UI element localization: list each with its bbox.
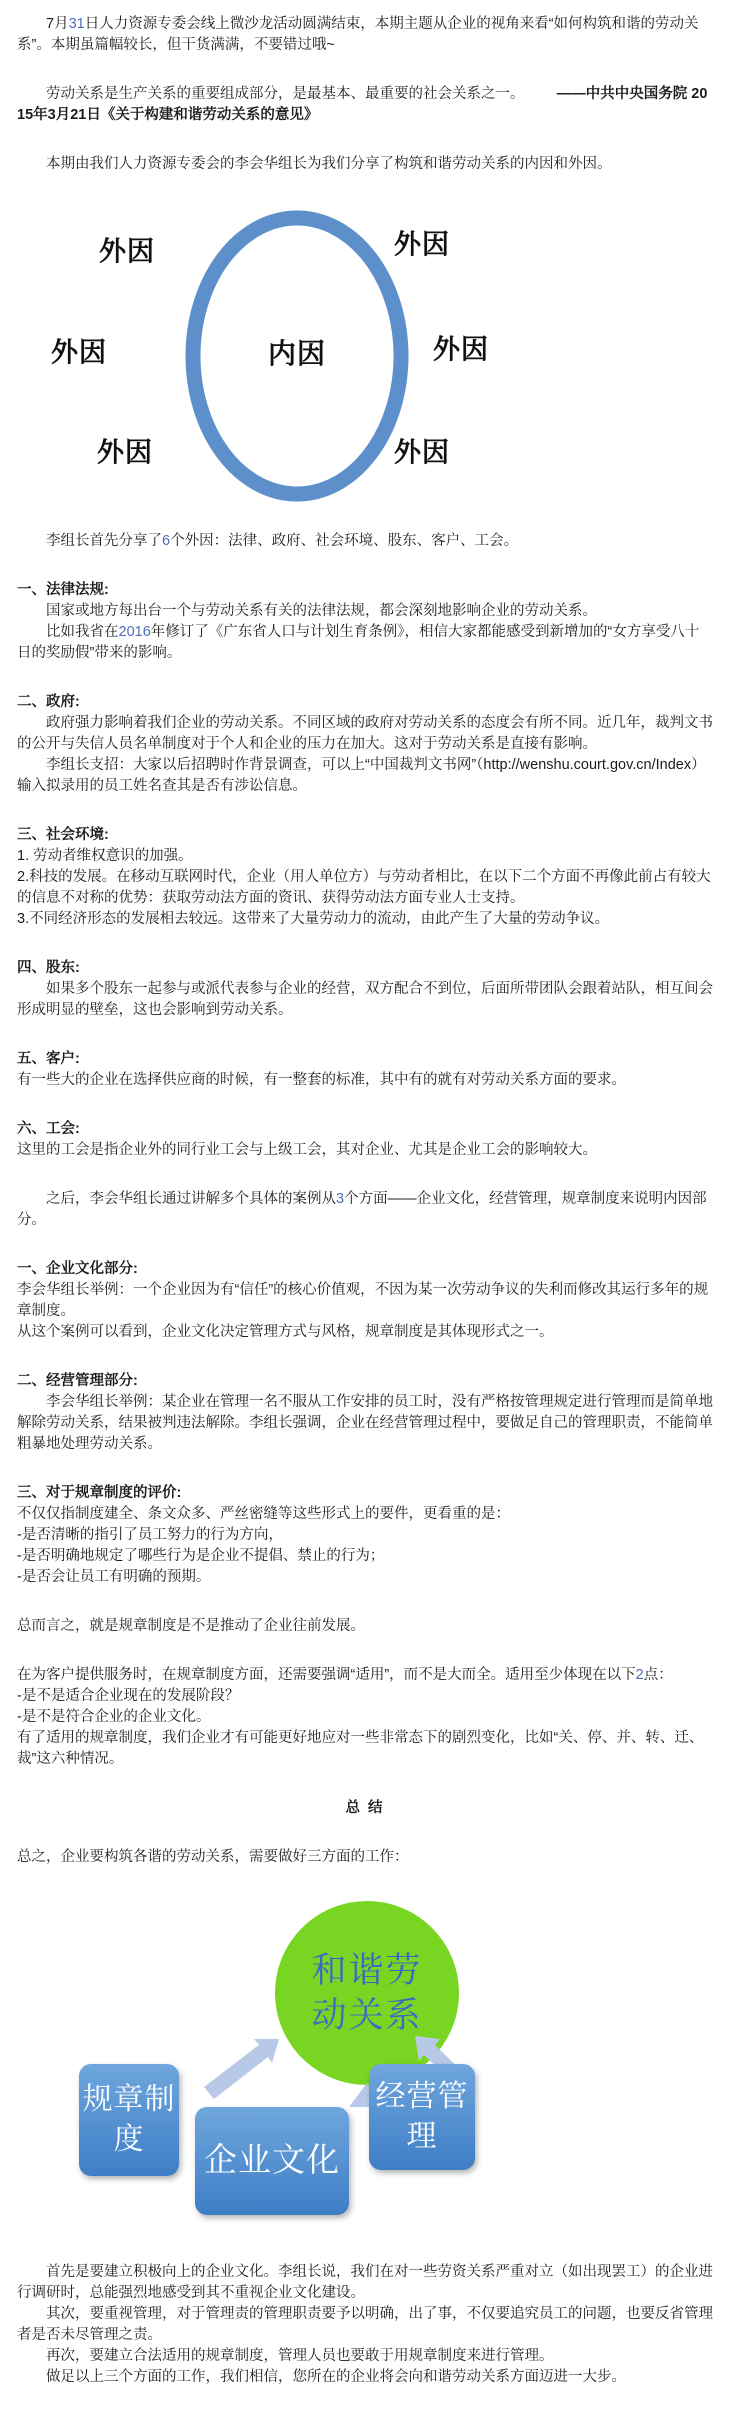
section-heading: 二、经营管理部分: [17,1371,713,1392]
box-label: 度 [114,2120,145,2160]
paragraph: 本期由我们人力资源专委会的李会华组长为我们分享了构筑和谐劳动关系的内因和外因。 [17,154,713,175]
paragraph: 国家或地方每出台一个与劳动关系有关的法律法规，都会深刻地影响企业的劳动关系。 [17,601,713,622]
box-label: 企业文化 [204,2141,340,2181]
paragraph: 做足以上三个方面的工作，我们相信，您所在的企业将会向和谐劳动关系方面迈进一大步。 [17,2367,713,2388]
paragraph: 比如我省在2016年修订了《广东省人口与计划生育条例》，相信大家都能感受到新增加… [17,622,713,664]
paragraph: 首先是要建立积极向上的企业文化。李组长说，我们在对一些劳资关系严重对立（如出现罢… [17,2262,713,2304]
paragraph: 从这个案例可以看到，企业文化决定管理方式与风格，规章制度是其体现形式之一。 [17,1322,713,1343]
highlighted-number: 31 [69,16,85,32]
inner-outer-factors-diagram: 外因 外因 外因 外因 外因 外因 内因 [17,189,713,531]
highlighted-number: 2016 [119,624,151,640]
paragraph: 3.不同经济形态的发展相去较远。这带来了大量劳动力的流动，由此产生了大量的劳动争… [17,909,713,930]
article-footer: 首先是要建立积极向上的企业文化。李组长说，我们在对一些劳资关系严重对立（如出现罢… [17,2262,713,2388]
article-intro: 7月31日人力资源专委会线上微沙龙活动圆满结束，本期主题从企业的视角来看“如何构… [17,14,713,175]
paragraph: 在为客户提供服务时，在规章制度方面，还需要强调“适用”，而不是大而全。适用至少体… [17,1665,713,1686]
culture-box: 企业文化 [195,2107,349,2215]
paragraph: 其次，要重视管理，对于管理责的管理职责要予以明确，出了事，不仅要追究员工的问题，… [17,2304,713,2346]
outer-factor-label: 外因 [99,230,155,269]
paragraph: 李组长首先分享了6个外因：法律、政府、社会环境、股东、客户、工会。 [17,531,713,552]
box-label: 经营管 [376,2077,469,2117]
paragraph: 李会华组长举例：某企业在管理一名不服从工作安排的员工时，没有严格按管理规定进行管… [17,1392,713,1455]
paragraph: 2.科技的发展。在移动互联网时代，企业（用人单位方）与劳动者相比，在以下二个方面… [17,867,713,909]
outer-factor-label: 外因 [51,331,107,370]
highlighted-number: 2 [636,1667,644,1683]
paragraph: -是否明确地规定了哪些行为是企业不提倡、禁止的行为； [17,1546,713,1567]
paragraph: -是不是符合企业的企业文化。 [17,1707,713,1728]
paragraph: 有了适用的规章制度，我们企业才有可能更好地应对一些非常态下的剧烈变化，比如“关、… [17,1728,713,1770]
outer-factor-label: 外因 [394,431,450,470]
box-label: 规章制 [83,2080,176,2120]
paragraph: 劳动关系是生产关系的重要组成部分，是最基本、最重要的社会关系之一。 ——中共中央… [17,84,713,126]
paragraph: 总之，企业要构筑各谐的劳动关系，需要做好三方面的工作： [17,1847,713,1868]
section-heading: 一、企业文化部分: [17,1259,713,1280]
box-label: 理 [407,2117,438,2157]
management-box: 经营管 理 [369,2064,475,2170]
section-heading: 一、法律法规: [17,580,713,601]
paragraph: 总而言之，就是规章制度是不是推动了企业往前发展。 [17,1616,713,1637]
arrow-up-right-icon [204,2039,279,2099]
paragraph: 这里的工会是指企业外的同行业工会与上级工会，其对企业、尤其是企业工会的影响较大。 [17,1140,713,1161]
outer-factor-label: 外因 [97,431,153,470]
paragraph: -是否会让员工有明确的预期。 [17,1567,713,1588]
paragraph: 1. 劳动者维权意识的加强。 [17,846,713,867]
section-heading: 三、社会环境: [17,825,713,846]
paragraph: 有一些大的企业在选择供应商的时候，有一整套的标准，其中有的就有对劳动关系方面的要… [17,1070,713,1091]
paragraph: 政府强力影响着我们企业的劳动关系。不同区域的政府对劳动关系的态度会有所不同。近几… [17,713,713,755]
paragraph: -是不是适合企业现在的发展阶段？ [17,1686,713,1707]
section-heading: 三、对于规章制度的评价: [17,1483,713,1504]
paragraph: 如果多个股东一起参与或派代表参与企业的经营，双方配合不到位，后面所带团队会跟着站… [17,979,713,1021]
highlighted-number: 3 [336,1191,344,1207]
inner-factor-label: 内因 [268,332,326,372]
harmonious-relations-diagram: 和谐劳 动关系 规章制 度 企业文化 经营管 理 [17,1878,713,2262]
section-heading: 总 结 [17,1798,713,1819]
outer-factor-label: 外因 [433,328,489,367]
section-heading: 六、工会: [17,1119,713,1140]
section-heading: 二、政府: [17,692,713,713]
paragraph: -是否清晰的指引了员工努力的行为方向， [17,1525,713,1546]
rules-box: 规章制 度 [79,2064,179,2176]
section-heading: 五、客户: [17,1049,713,1070]
outer-factor-label: 外因 [394,223,450,262]
article-main: 李组长首先分享了6个外因：法律、政府、社会环境、股东、客户、工会。一、法律法规:… [17,531,713,1868]
paragraph: 李组长支招：大家以后招聘时作背景调查，可以上“中国裁判文书网”（http://w… [17,755,713,797]
paragraph: 不仅仅指制度建全、条文众多、严丝密缝等这些形式上的要件，更看重的是： [17,1504,713,1525]
paragraph: 之后，李会华组长通过讲解多个具体的案例从3个方面——企业文化，经营管理，规章制度… [17,1189,713,1231]
paragraph: 再次，要建立合法适用的规章制度，管理人员也要敢于用规章制度来进行管理。 [17,2346,713,2367]
paragraph: 李会华组长举例：一个企业因为有“信任”的核心价值观，不因为某一次劳动争议的失利而… [17,1280,713,1322]
article: 7月31日人力资源专委会线上微沙龙活动圆满结束，本期主题从企业的视角来看“如何构… [0,0,730,2418]
highlighted-number: 6 [162,533,170,549]
section-heading: 四、股东: [17,958,713,979]
paragraph: 7月31日人力资源专委会线上微沙龙活动圆满结束，本期主题从企业的视角来看“如何构… [17,14,713,56]
